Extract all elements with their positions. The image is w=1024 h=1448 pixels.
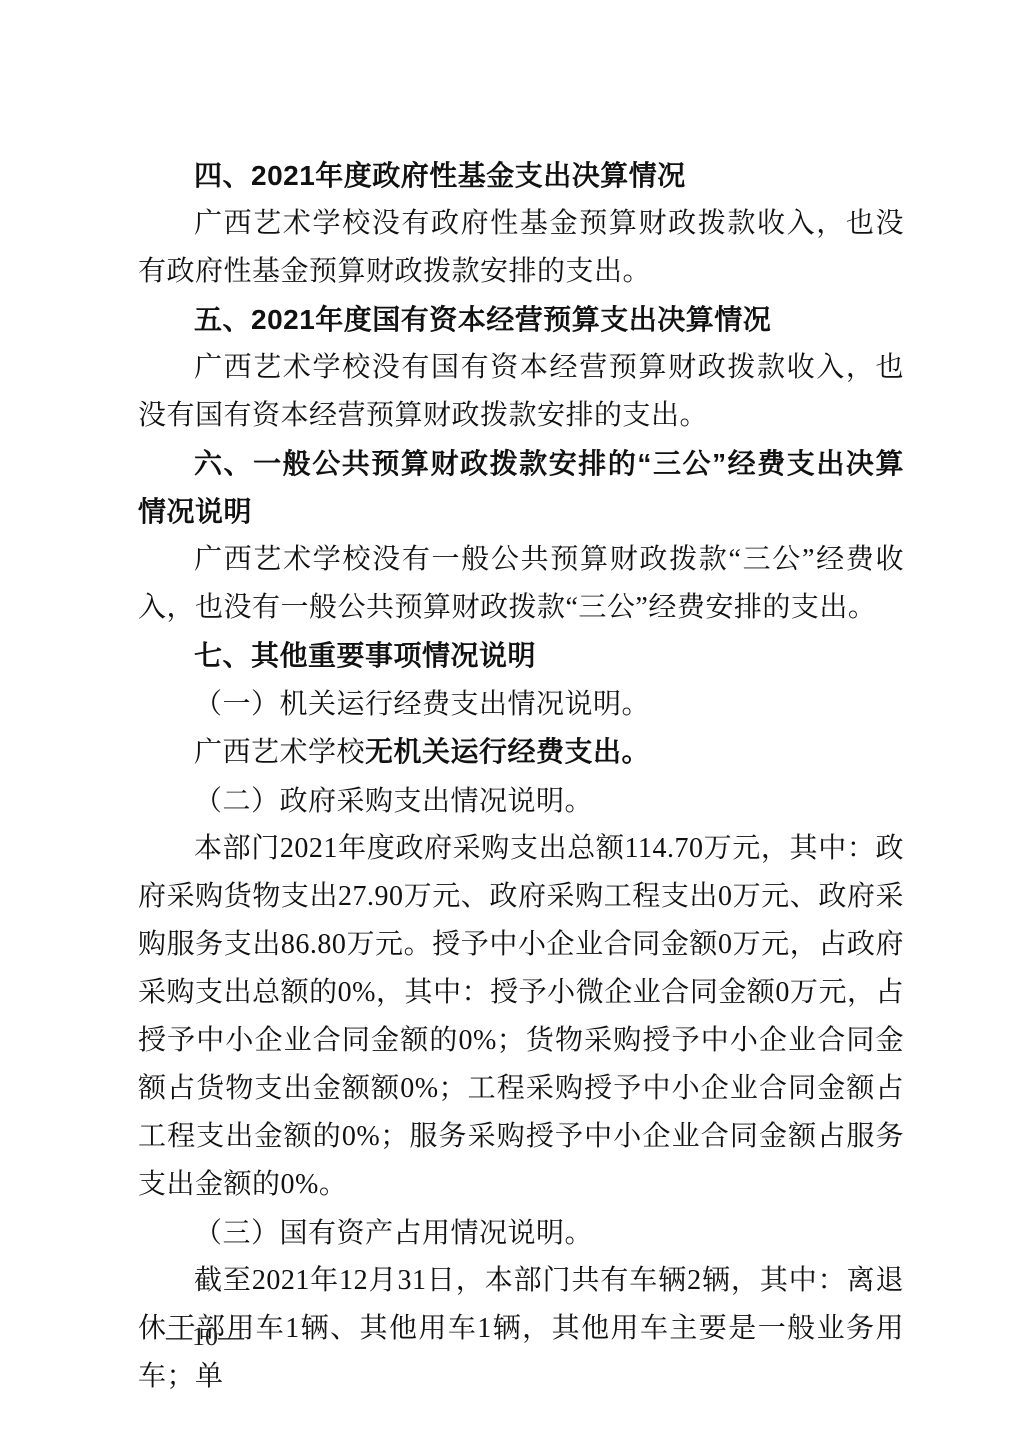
paragraph-state-assets-vehicles: 截至2021年12月31日，本部门共有车辆2辆，其中：离退休干部用车1辆、其他用… xyxy=(138,1257,904,1401)
paragraph-state-capital: 广西艺术学校没有国有资本经营预算财政拨款收入，也没有国有资本经营预算财政拨款安排… xyxy=(138,344,904,440)
paragraph-gov-fund: 广西艺术学校没有政府性基金预算财政拨款收入，也没有政府性基金预算财政拨款安排的支… xyxy=(138,200,904,296)
section-heading-other-important-matters: 七、其他重要事项情况说明 xyxy=(138,632,904,680)
org-name-text: 广西艺术学校 xyxy=(194,737,365,768)
section-heading-state-capital: 五、2021年度国有资本经营预算支出决算情况 xyxy=(138,296,904,344)
subheading-state-assets: （三）国有资产占用情况说明。 xyxy=(138,1209,904,1257)
paragraph-agency-operating-expense: 广西艺术学校无机关运行经费支出。 xyxy=(138,728,904,777)
subheading-agency-operating-expense: （一）机关运行经费支出情况说明。 xyxy=(138,680,904,728)
page-number: —10— xyxy=(166,1322,244,1352)
paragraph-three-public-funds: 广西艺术学校没有一般公共预算财政拨款“三公”经费收入，也没有一般公共预算财政拨款… xyxy=(138,536,904,632)
subheading-gov-procurement: （二）政府采购支出情况说明。 xyxy=(138,777,904,825)
document-body: 四、2021年度政府性基金支出决算情况 广西艺术学校没有政府性基金预算财政拨款收… xyxy=(138,152,904,1401)
paragraph-gov-procurement: 本部门2021年度政府采购支出总额114.70万元，其中：政府采购货物支出27.… xyxy=(138,825,904,1209)
section-heading-gov-fund: 四、2021年度政府性基金支出决算情况 xyxy=(138,152,904,200)
no-agency-expense-emphasis: 无机关运行经费支出。 xyxy=(365,736,650,767)
section-heading-three-public-funds: 六、一般公共预算财政拨款安排的“三公”经费支出决算情况说明 xyxy=(138,440,904,536)
document-page: 四、2021年度政府性基金支出决算情况 广西艺术学校没有政府性基金预算财政拨款收… xyxy=(0,0,1024,1448)
